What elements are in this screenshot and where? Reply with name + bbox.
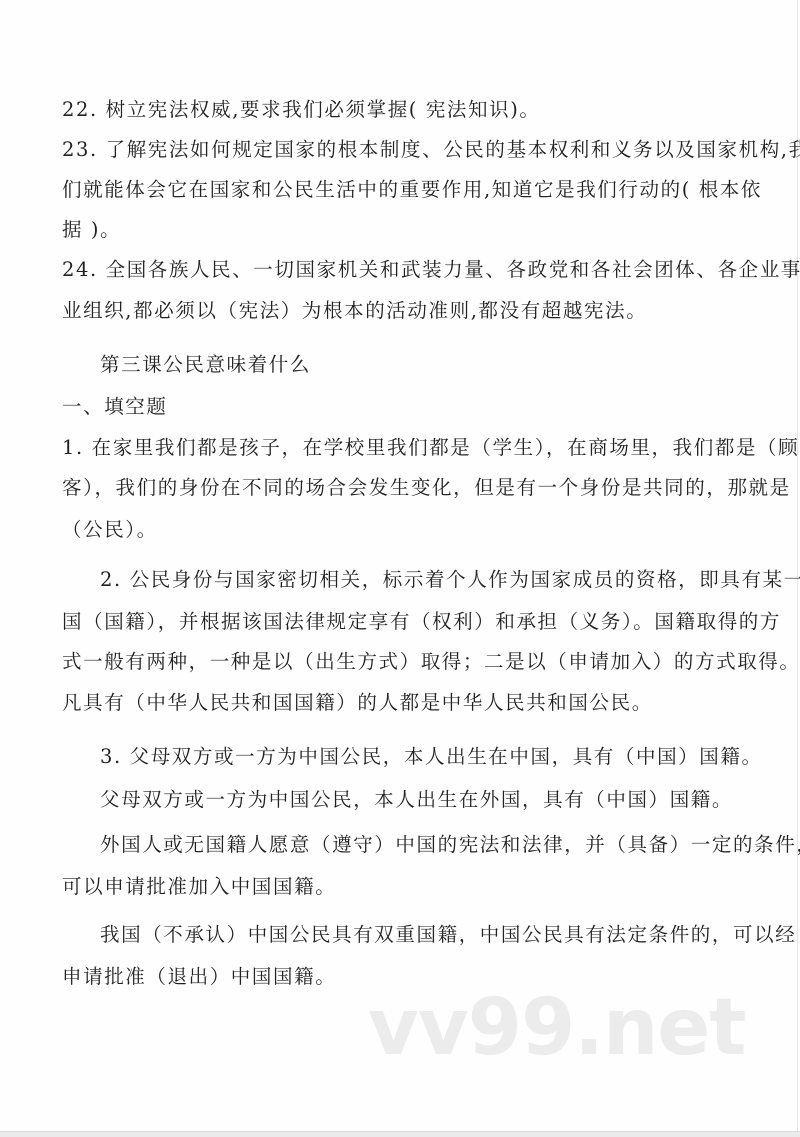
question-3-para-4-continued: 申请批准（退出）中国国籍。 [62, 965, 336, 989]
item-22: 22. 树立宪法权威,要求我们必须掌握( 宪法知识)。 [62, 98, 541, 122]
question-2-line-2: 国（国籍），并根据该国法律规定享有（权利）和承担（义务）。国籍取得的方 [62, 610, 781, 634]
question-3: 3. 父母双方或一方为中国公民，本人出生在中国，具有（中国）国籍。 [100, 745, 763, 769]
item-23: 23. 了解宪法如何规定国家的根本制度、公民的基本权利和义务以及国家机构,我 [62, 138, 800, 162]
document-page: 22. 树立宪法权威,要求我们必须掌握( 宪法知识)。 23. 了解宪法如何规定… [0, 0, 798, 1131]
watermark: vv99.net [368, 988, 746, 1068]
question-1-continued: 客），我们的身份在不同的场合会发生变化，但是有一个身份是共同的，那就是 [62, 476, 791, 500]
question-2-line-4: 凡具有（中华人民共和国国籍）的人都是中华人民共和国公民。 [62, 691, 653, 715]
item-23-continued: 们就能体会它在国家和公民生活中的重要作用,知道它是我们行动的( 根本依 [62, 178, 762, 202]
question-3-para-3: 外国人或无国籍人愿意（遵守）中国的宪法和法律，并（具备）一定的条件， [100, 833, 800, 857]
page-bottom-edge [0, 1131, 800, 1137]
lesson-heading: 第三课公民意味着什么 [100, 353, 311, 377]
item-23-end: 据 )。 [62, 218, 121, 242]
question-3-para-4: 我国（不承认）中国公民具有双重国籍，中国公民具有法定条件的，可以经 [100, 923, 796, 947]
question-1: 1. 在家里我们都是孩子，在学校里我们都是（学生），在商场里，我们都是（顾 [62, 436, 799, 460]
item-24-continued: 业组织,都必须以（宪法）为根本的活动准则,都没有超越宪法。 [62, 299, 647, 323]
question-3-para-3-continued: 可以申请批准加入中国国籍。 [62, 875, 336, 899]
section-heading: 一、填空题 [62, 395, 168, 419]
item-24: 24. 全国各族人民、一切国家机关和武装力量、各政党和各社会团体、各企业事 [62, 258, 800, 282]
question-2: 2. 公民身份与国家密切相关，标示着个人作为国家成员的资格，即具有某一 [100, 568, 800, 592]
question-3-para-2: 父母双方或一方为中国公民，本人出生在外国，具有（中国）国籍。 [100, 788, 733, 812]
question-2-line-3: 式一般有两种，一种是以（出生方式）取得；二是以（申请加入）的方式取得。 [62, 650, 800, 674]
question-1-end: （公民）。 [62, 518, 158, 542]
